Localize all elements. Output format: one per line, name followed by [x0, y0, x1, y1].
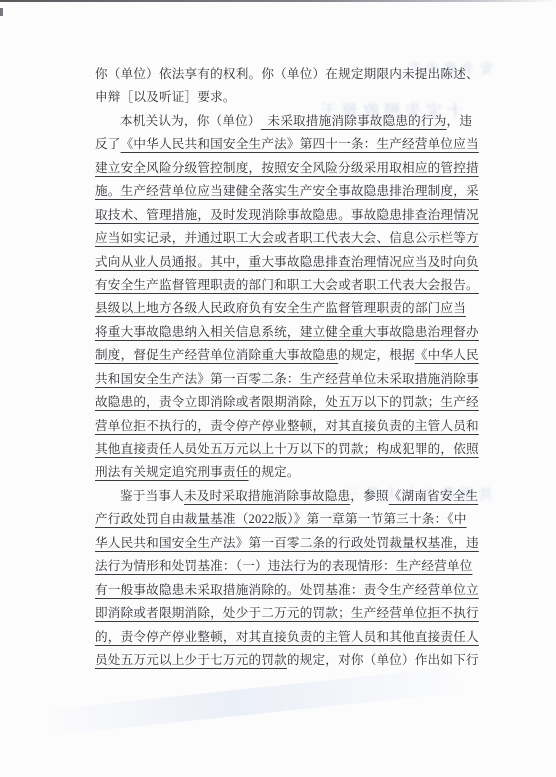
text-line: 你（单位）依法享有的权利。你（单位）在规定期限内未提出陈述、 — [95, 63, 467, 86]
text-segment: 的规定，对你（单位）作出如下行 — [287, 653, 479, 667]
underlined-text-segment: 的，责令停产停业整顿，对其直接负责的主管人员和其他直接责任人 — [95, 630, 479, 644]
text-segment: 本机关认为，你（单位） — [120, 114, 261, 128]
underlined-text-segment: 《中华人民 — [415, 348, 479, 362]
underlined-text-segment: 施。生产经营单位应当建健全落实生产安全事故隐患排治理制度，采 — [95, 184, 479, 198]
text-line: 有一般事故隐患未采取措施消除的。处罚基准：责令生产经营单位立 — [95, 579, 467, 602]
underlined-text-segment: 共和国安全生产法》第一百零二条：生产经营单位未采取措施消除事 — [95, 372, 479, 386]
scan-left-edge-artifact — [0, 8, 3, 16]
text-line: 营单位拒不执行的，责令停产停业整顿，对其直接负责的主管人员和 — [95, 415, 467, 438]
underlined-text-segment: 刑法有关规定追究刑事责任 — [95, 465, 249, 479]
text-segment: 的规定。 — [249, 465, 300, 479]
underlined-text-segment: 应当如实记录，并通过职工大会或者职工代表大会、信息公示栏等方 — [95, 231, 479, 245]
text-line: 反了《中华人民共和国安全生产法》第四十一条：生产经营单位应当 — [95, 133, 467, 156]
document-page: 安全要中告十宝失照收预干共明教工七人第三 你（单位）依法享有的权利。你（单位）在… — [0, 0, 556, 777]
text-line: 刑法有关规定追究刑事责任的规定。 — [95, 461, 467, 484]
paper-crease-artifact — [40, 666, 470, 737]
text-line: 的，责令停产停业整顿，对其直接负责的主管人员和其他直接责任人 — [95, 626, 467, 649]
underlined-text-segment: 其他直接责任人员处五万元以上十万以下的罚款；构成犯罪的，依照 — [95, 442, 479, 456]
text-line: 鉴于当事人未及时采取措施消除事故隐患，参照《湖南省安全生 — [95, 485, 467, 508]
text-line: 将重大事故隐患纳入相关信息系统，建立健全重大事故隐患治理督办 — [95, 321, 467, 344]
text-line: 其他直接责任人员处五万元以上十万以下的罚款；构成犯罪的，依照 — [95, 438, 467, 461]
text-segment: 鉴于当事人 — [120, 489, 184, 503]
text-segment: ，参照 — [350, 489, 388, 503]
underlined-text-segment: 有安全生产监督管理职责的部门和职工大会或者职工代表大会报告。 — [95, 278, 479, 292]
text-line: 县级以上地方各级人民政府负有安全生产监督管理职责的部门应当 — [95, 297, 467, 320]
text-segment: ，违 — [447, 114, 473, 128]
text-line: 法行为情形和处罚基准：（一）违法行为的表现情形：生产经营单位 — [95, 555, 467, 578]
text-line: 有安全生产监督管理职责的部门和职工大会或者职工代表大会报告。 — [95, 274, 467, 297]
text-line: 制度，督促生产经营单位消除重大事故隐患的规定，根据《中华人民 — [95, 344, 467, 367]
text-segment: 的规定，根据 — [338, 348, 415, 362]
underlined-text-segment: 营单位拒不执行的，责令停产停业整顿，对其直接负责的主管人员和 — [95, 419, 479, 433]
text-line: 即消除或者限期消除，处少于二万元的罚款；生产经营单位拒不执行 — [95, 602, 467, 625]
underlined-text-segment: 故隐患的，责令立即消除或者限期消除，处五万以下的罚款；生产经 — [95, 395, 479, 409]
text-line: 式向从业人员通报。其中，重大事故隐患排查治理情况应当及时向负 — [95, 251, 467, 274]
underlined-text-segment: 建立安全风险分级管控制度，按照安全风险分级采用取相应的管控措 — [95, 161, 479, 175]
text-line: 本机关认为，你（单位） 未采取措施消除事故隐患的行为，违 — [95, 110, 467, 133]
underlined-text-segment: 未采取措施消除事故隐患的行为 — [261, 114, 447, 128]
text-segment: 申辩［以及听证］要求。 — [95, 90, 236, 104]
underlined-text-segment: 法行为情形和处罚基准：（一）违法行为的表现情形：生产经营单位 — [95, 559, 473, 573]
underlined-text-segment: 华人民共和国安全生产法》第一百零二条的行政处罚裁量权基准，违 — [95, 536, 479, 550]
underlined-text-segment: 县级以上地方各级人民政府负有安全生产监督管理职责的部门应当 — [95, 301, 466, 315]
underlined-text-segment: 制度，督促生产经营单位消除重大事故隐患 — [95, 348, 338, 362]
text-line: 应当如实记录，并通过职工大会或者职工代表大会、信息公示栏等方 — [95, 227, 467, 250]
document-text-block: 你（单位）依法享有的权利。你（单位）在规定期限内未提出陈述、申辩［以及听证］要求… — [95, 63, 467, 672]
underlined-text-segment: 《湖南省安全生 — [389, 489, 479, 503]
text-line: 华人民共和国安全生产法》第一百零二条的行政处罚裁量权基准，违 — [95, 532, 467, 555]
underlined-text-segment: 取技术、管理措施，及时发现消除事故隐患。事故隐患排查治理情况 — [95, 208, 479, 222]
text-line: 取技术、管理措施，及时发现消除事故隐患。事故隐患排查治理情况 — [95, 204, 467, 227]
text-segment: 你（单位）依法享有的权利。你（单位）在规定期限内未提出陈述、 — [95, 67, 479, 81]
underlined-text-segment: 产行政处罚自由裁量基准（2022版）》第一章第一节第三十条：《中 — [95, 512, 467, 526]
underlined-text-segment: 式向从业人员通报。其中，重大事故隐患排查治理情况应当及时向负 — [95, 255, 479, 269]
text-line: 员处五万元以上少于七万元的罚款的规定，对你（单位）作出如下行 — [95, 649, 467, 672]
text-segment: 反了 — [95, 137, 121, 151]
text-line: 施。生产经营单位应当建健全落实生产安全事故隐患排治理制度，采 — [95, 180, 467, 203]
text-line: 建立安全风险分级管控制度，按照安全风险分级采用取相应的管控措 — [95, 157, 467, 180]
text-line: 产行政处罚自由裁量基准（2022版）》第一章第一节第三十条：《中 — [95, 508, 467, 531]
scan-top-edge-artifact — [0, 0, 556, 2]
text-line: 共和国安全生产法》第一百零二条：生产经营单位未采取措施消除事 — [95, 368, 467, 391]
underlined-text-segment: 即消除或者限期消除，处少于二万元的罚款；生产经营单位拒不执行 — [95, 606, 479, 620]
underlined-text-segment: 将重大事故隐患纳入相关信息系统，建立健全重大事故隐患治理督办 — [95, 325, 479, 339]
underlined-text-segment: 员处五万元以上少于七万元的罚款 — [95, 653, 287, 667]
underlined-text-segment: 有一般事故隐患未采取措施消除的。处罚基准：责令生产经营单位立 — [95, 583, 479, 597]
underlined-text-segment: 《中华人民共和国安全生产法》第四十一条：生产经营单位应当 — [121, 137, 479, 151]
underlined-text-segment: 未及时采取措施消除事故隐患 — [184, 489, 350, 503]
text-line: 故隐患的，责令立即消除或者限期消除，处五万以下的罚款；生产经 — [95, 391, 467, 414]
text-line: 申辩［以及听证］要求。 — [95, 86, 467, 109]
